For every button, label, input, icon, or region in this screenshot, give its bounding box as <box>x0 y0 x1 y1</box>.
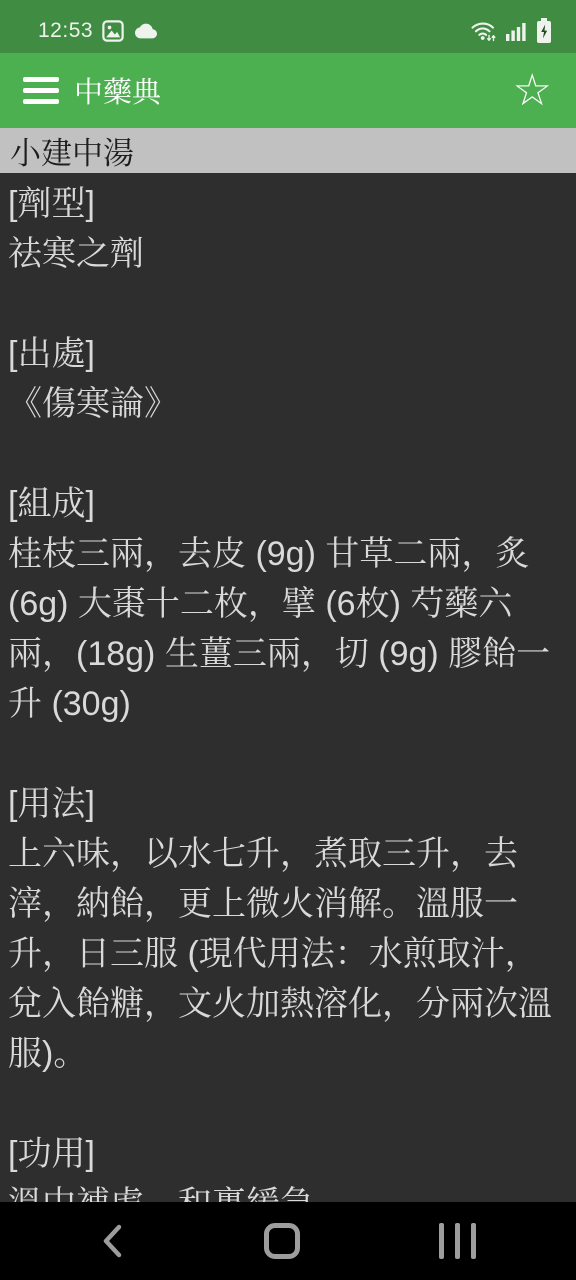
navigation-bar <box>0 1202 576 1280</box>
section-label: [劑型] <box>8 179 568 229</box>
section-text: 祛寒之劑 <box>8 229 568 279</box>
app-title: 中藥典 <box>74 70 513 111</box>
image-notification-icon <box>102 20 124 42</box>
section-text: 上六味，以水七升，煮取三升，去滓，納飴，更上微火消解。溫服一升，日三服 (現代用… <box>8 829 568 1079</box>
section-label: [用法] <box>8 779 568 829</box>
signal-strength-icon <box>506 20 527 42</box>
section-composition: [組成] 桂枝三兩，去皮 (9g) 甘草二兩，炙 (6g) 大棗十二枚，擘 (6… <box>8 479 568 729</box>
wifi-arrows-icon <box>470 19 497 43</box>
section-dosage-form: [劑型] 祛寒之劑 <box>8 179 568 279</box>
phone-screen: 12:53 <box>0 0 576 1280</box>
section-source: [出處] 《傷寒論》 <box>8 329 568 429</box>
section-label: [出處] <box>8 329 568 379</box>
status-bar-left: 12:53 <box>38 19 159 43</box>
favorite-button[interactable]: ☆ <box>513 69 552 113</box>
star-outline-icon: ☆ <box>513 65 552 116</box>
status-time: 12:53 <box>38 19 93 43</box>
section-label: [組成] <box>8 479 568 529</box>
home-button[interactable] <box>264 1223 300 1259</box>
back-chevron-icon <box>100 1223 124 1259</box>
entry-title: 小建中湯 <box>10 128 134 173</box>
section-label: [功用] <box>8 1129 568 1179</box>
recents-icon <box>439 1223 476 1259</box>
app-bar: 中藥典 ☆ <box>0 53 576 128</box>
status-bar-right <box>470 18 552 44</box>
battery-charging-icon <box>536 18 552 44</box>
section-function: [功用] 溫中補虛，和裏緩急。 <box>8 1129 568 1202</box>
hamburger-icon <box>23 77 59 82</box>
section-text: 《傷寒論》 <box>8 379 568 429</box>
recents-button[interactable] <box>439 1223 476 1259</box>
home-icon <box>264 1223 300 1259</box>
status-bar: 12:53 <box>0 0 576 53</box>
entry-content[interactable]: [劑型] 祛寒之劑 [出處] 《傷寒論》 [組成] 桂枝三兩，去皮 (9g) 甘… <box>0 173 576 1202</box>
menu-button[interactable] <box>23 77 59 104</box>
section-text: 溫中補虛，和裏緩急。 <box>8 1179 568 1202</box>
section-text: 桂枝三兩，去皮 (9g) 甘草二兩，炙 (6g) 大棗十二枚，擘 (6枚) 芍藥… <box>8 529 568 729</box>
section-usage: [用法] 上六味，以水七升，煮取三升，去滓，納飴，更上微火消解。溫服一升，日三服… <box>8 779 568 1079</box>
back-button[interactable] <box>100 1223 124 1259</box>
cloud-notification-icon <box>133 20 159 42</box>
entry-title-bar: 小建中湯 <box>0 128 576 173</box>
